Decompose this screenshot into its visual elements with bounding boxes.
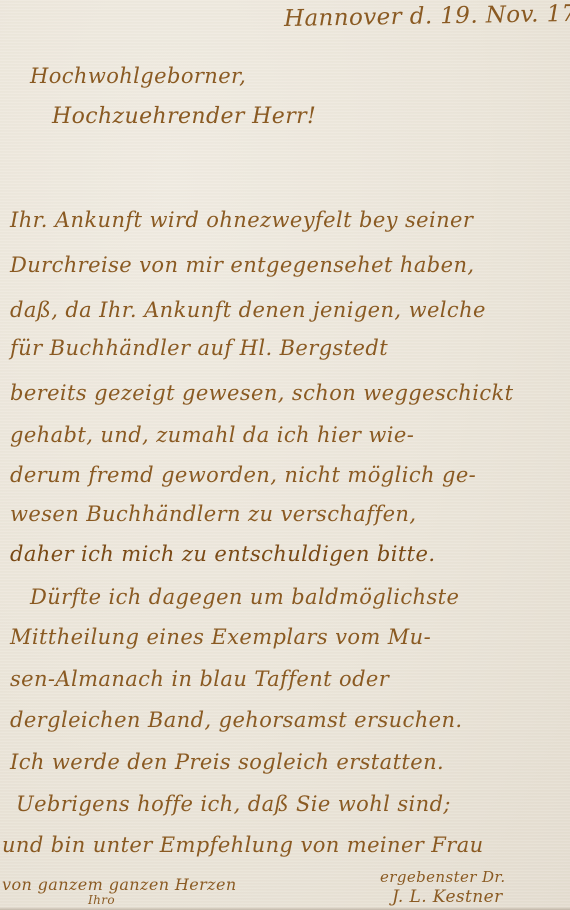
- body-line: Dürfte ich dagegen um baldmöglichste: [30, 585, 570, 609]
- body-line: dergleichen Band, gehorsamst ersuchen.: [10, 708, 570, 732]
- body-line: Ihr. Ankunft wird ohnezweyfelt bey seine…: [10, 208, 570, 232]
- salutation-line-1: Hochwohlgeborner,: [30, 64, 246, 88]
- body-line: wesen Buchhändlern zu verschaffen,: [10, 502, 570, 526]
- body-line: gehabt, und, zumahl da ich hier wie-: [10, 423, 570, 447]
- salutation-line-2: Hochzuehrender Herr!: [52, 104, 316, 129]
- letter-page: Hannover d. 19. Nov. 1773 Hochwohlgeborn…: [0, 0, 570, 910]
- body-line: derum fremd geworden, nicht möglich ge-: [10, 463, 570, 487]
- signature-name: J. L. Kestner: [392, 887, 503, 907]
- body-line: Mittheilung eines Exemplars vom Mu-: [10, 625, 570, 649]
- body-line: sen-Almanach in blau Taffent oder: [10, 667, 570, 691]
- body-line: und bin unter Empfehlung von meiner Frau: [2, 833, 562, 857]
- closing-ihro: Ihro: [88, 893, 115, 907]
- body-line: für Buchhändler auf Hl. Bergstedt: [10, 336, 570, 360]
- body-line: Durchreise von mir entgegensehet haben,: [10, 253, 570, 277]
- body-line: Uebrigens hoffe ich, daß Sie wohl sind;: [16, 792, 570, 816]
- body-line: daß, da Ihr. Ankunft denen jenigen, welc…: [10, 298, 570, 322]
- letter-dateline: Hannover d. 19. Nov. 1773: [284, 0, 570, 32]
- closing-phrase: von ganzem ganzen Herzen: [2, 875, 237, 894]
- signature-valediction: ergebenster Dr.: [380, 868, 506, 886]
- body-line: daher ich mich zu entschuldigen bitte.: [10, 542, 570, 566]
- body-line: Ich werde den Preis sogleich erstatten.: [10, 750, 570, 774]
- body-line: bereits gezeigt gewesen, schon weggeschi…: [10, 381, 570, 405]
